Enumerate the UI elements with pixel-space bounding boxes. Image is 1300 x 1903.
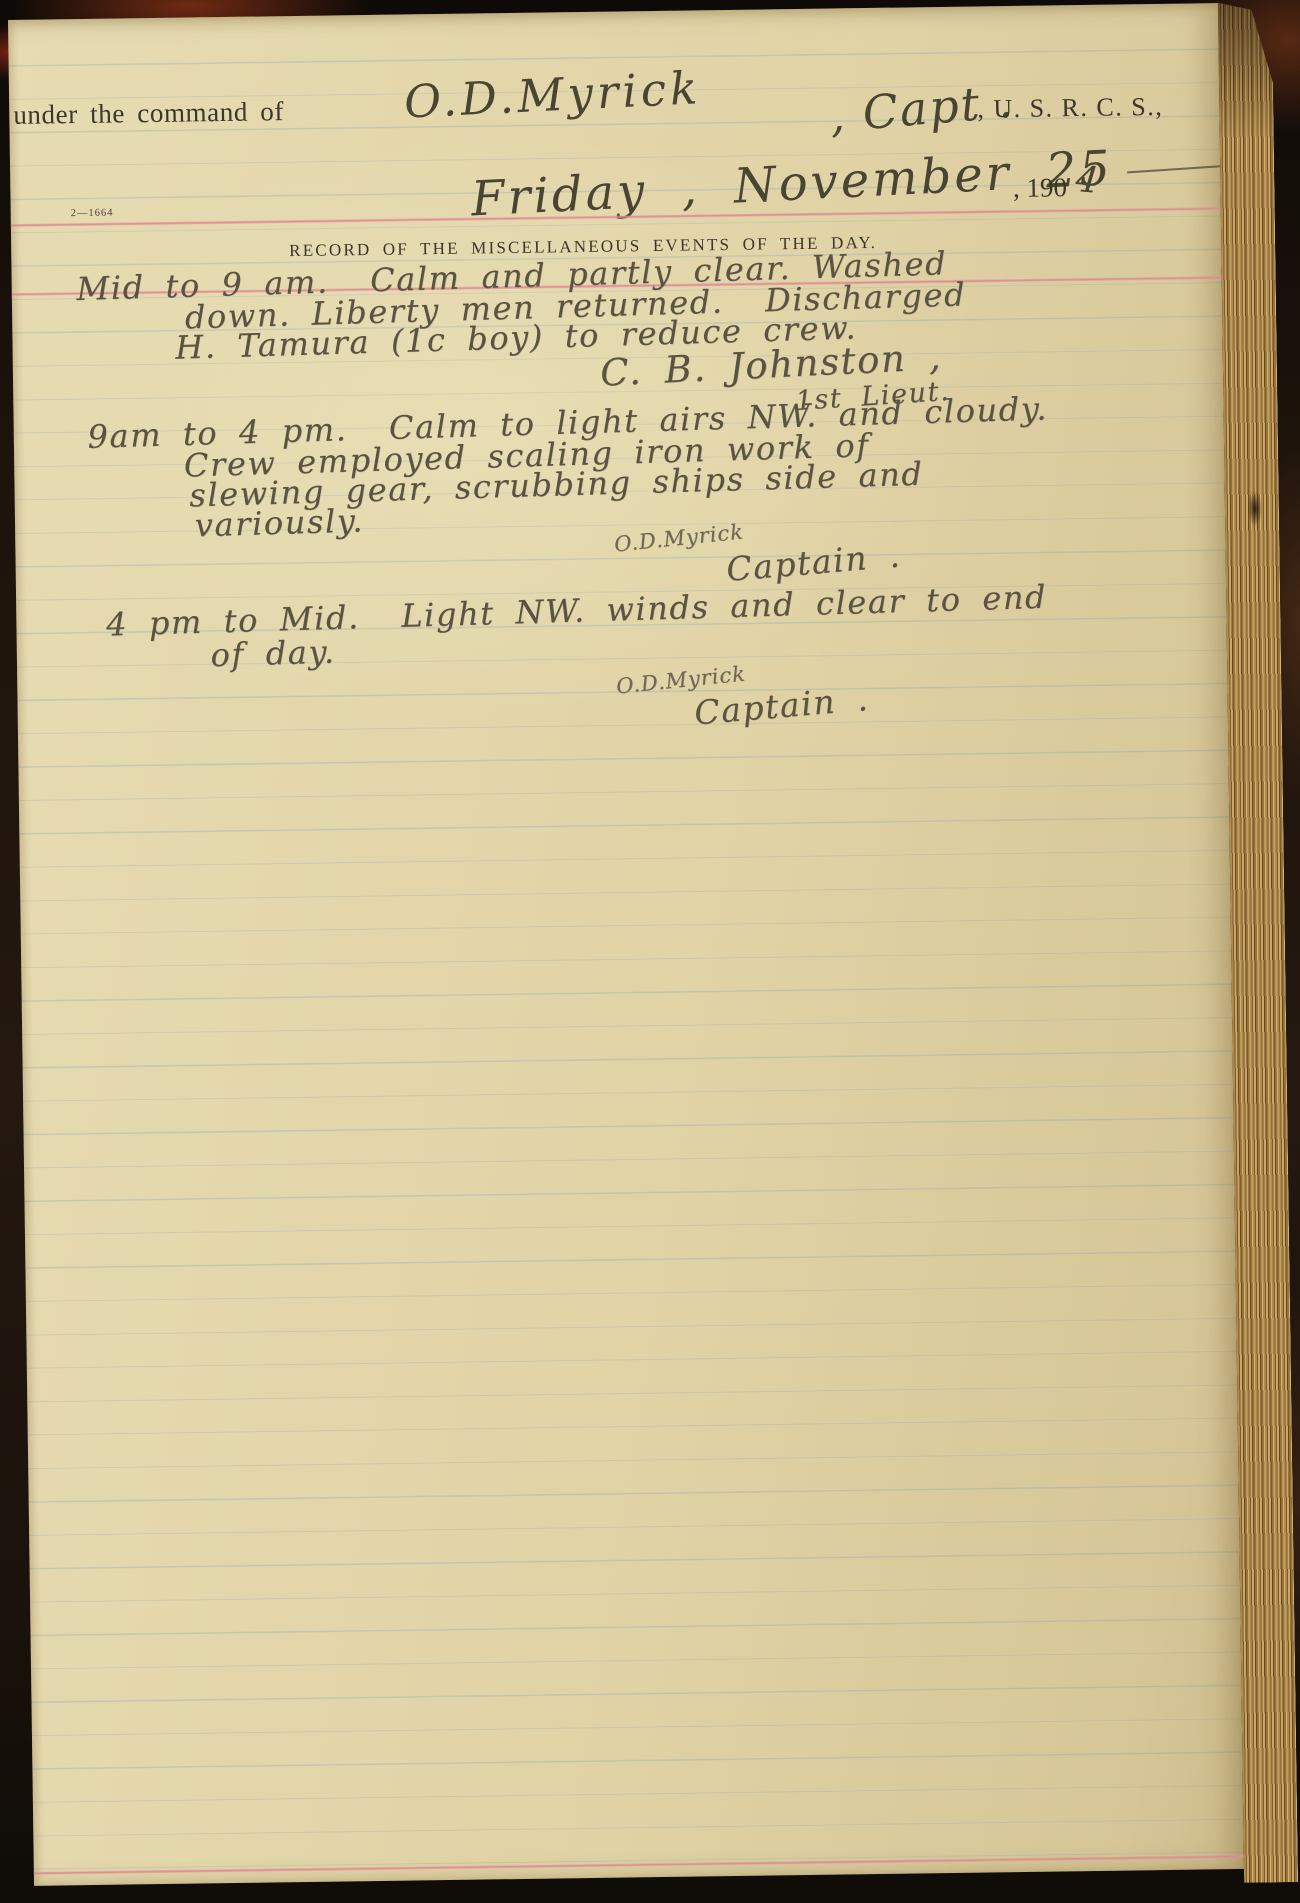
entry-line: 4 pm to Mid. Light NW. winds and clear t… <box>106 578 1048 644</box>
year-handwritten: 4 <box>1073 159 1100 202</box>
entry-line: variously. <box>194 501 364 544</box>
officer-rank: Captain . <box>725 535 903 589</box>
command-prefix-label: under the command of <box>13 96 284 131</box>
year-row: , 1904 <box>972 133 1099 238</box>
year-printed: , 190 <box>1013 172 1067 203</box>
entry-line: of day. <box>210 633 336 675</box>
log-page: under the command of O.D.Myrick , Capt .… <box>8 3 1244 1886</box>
form-number: 2—1664 <box>71 208 114 220</box>
logbook: under the command of O.D.Myrick , Capt .… <box>8 2 1300 1900</box>
pink-rule-bottom <box>34 1855 1244 1875</box>
